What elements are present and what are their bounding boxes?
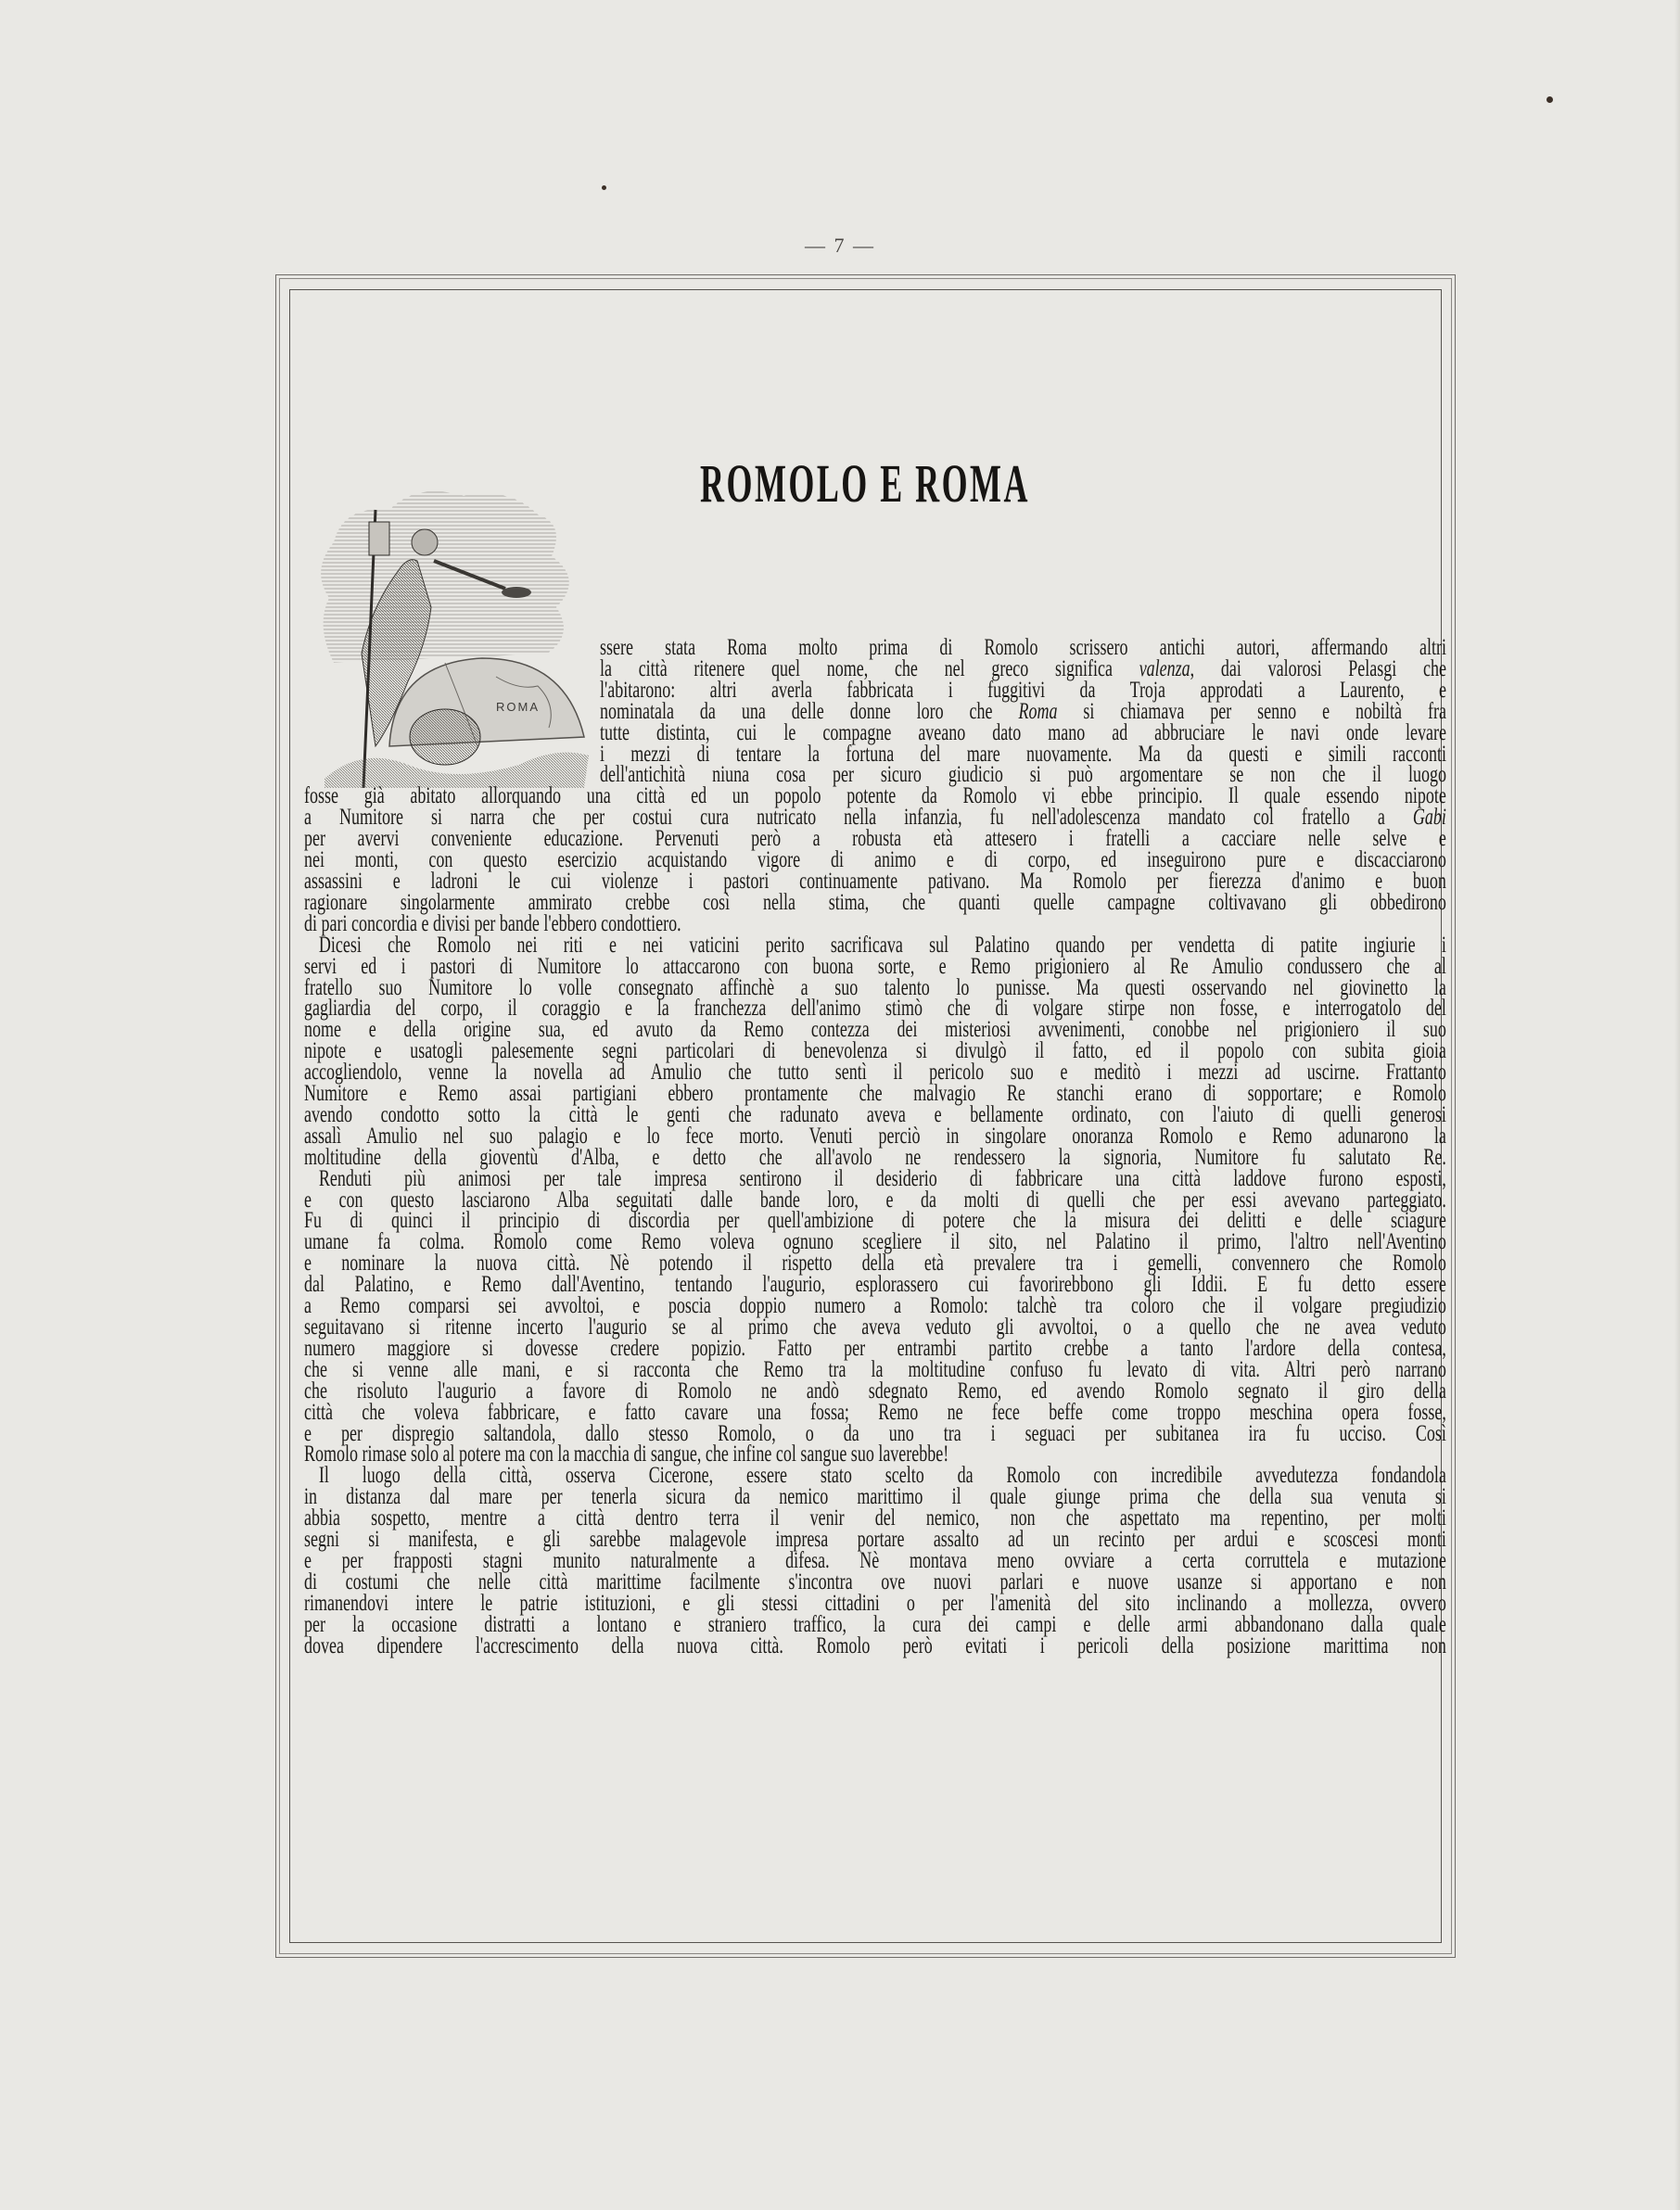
ink-speck bbox=[602, 185, 606, 190]
paper-edge bbox=[1674, 0, 1680, 2210]
page-number: — 7 — bbox=[0, 234, 1680, 258]
article-body: ssere stata Roma molto prima di Romolo s… bbox=[304, 638, 1446, 1657]
ink-speck bbox=[1546, 96, 1553, 103]
text-line: dovea dipendere l'accrescimento della nu… bbox=[304, 1636, 1446, 1657]
